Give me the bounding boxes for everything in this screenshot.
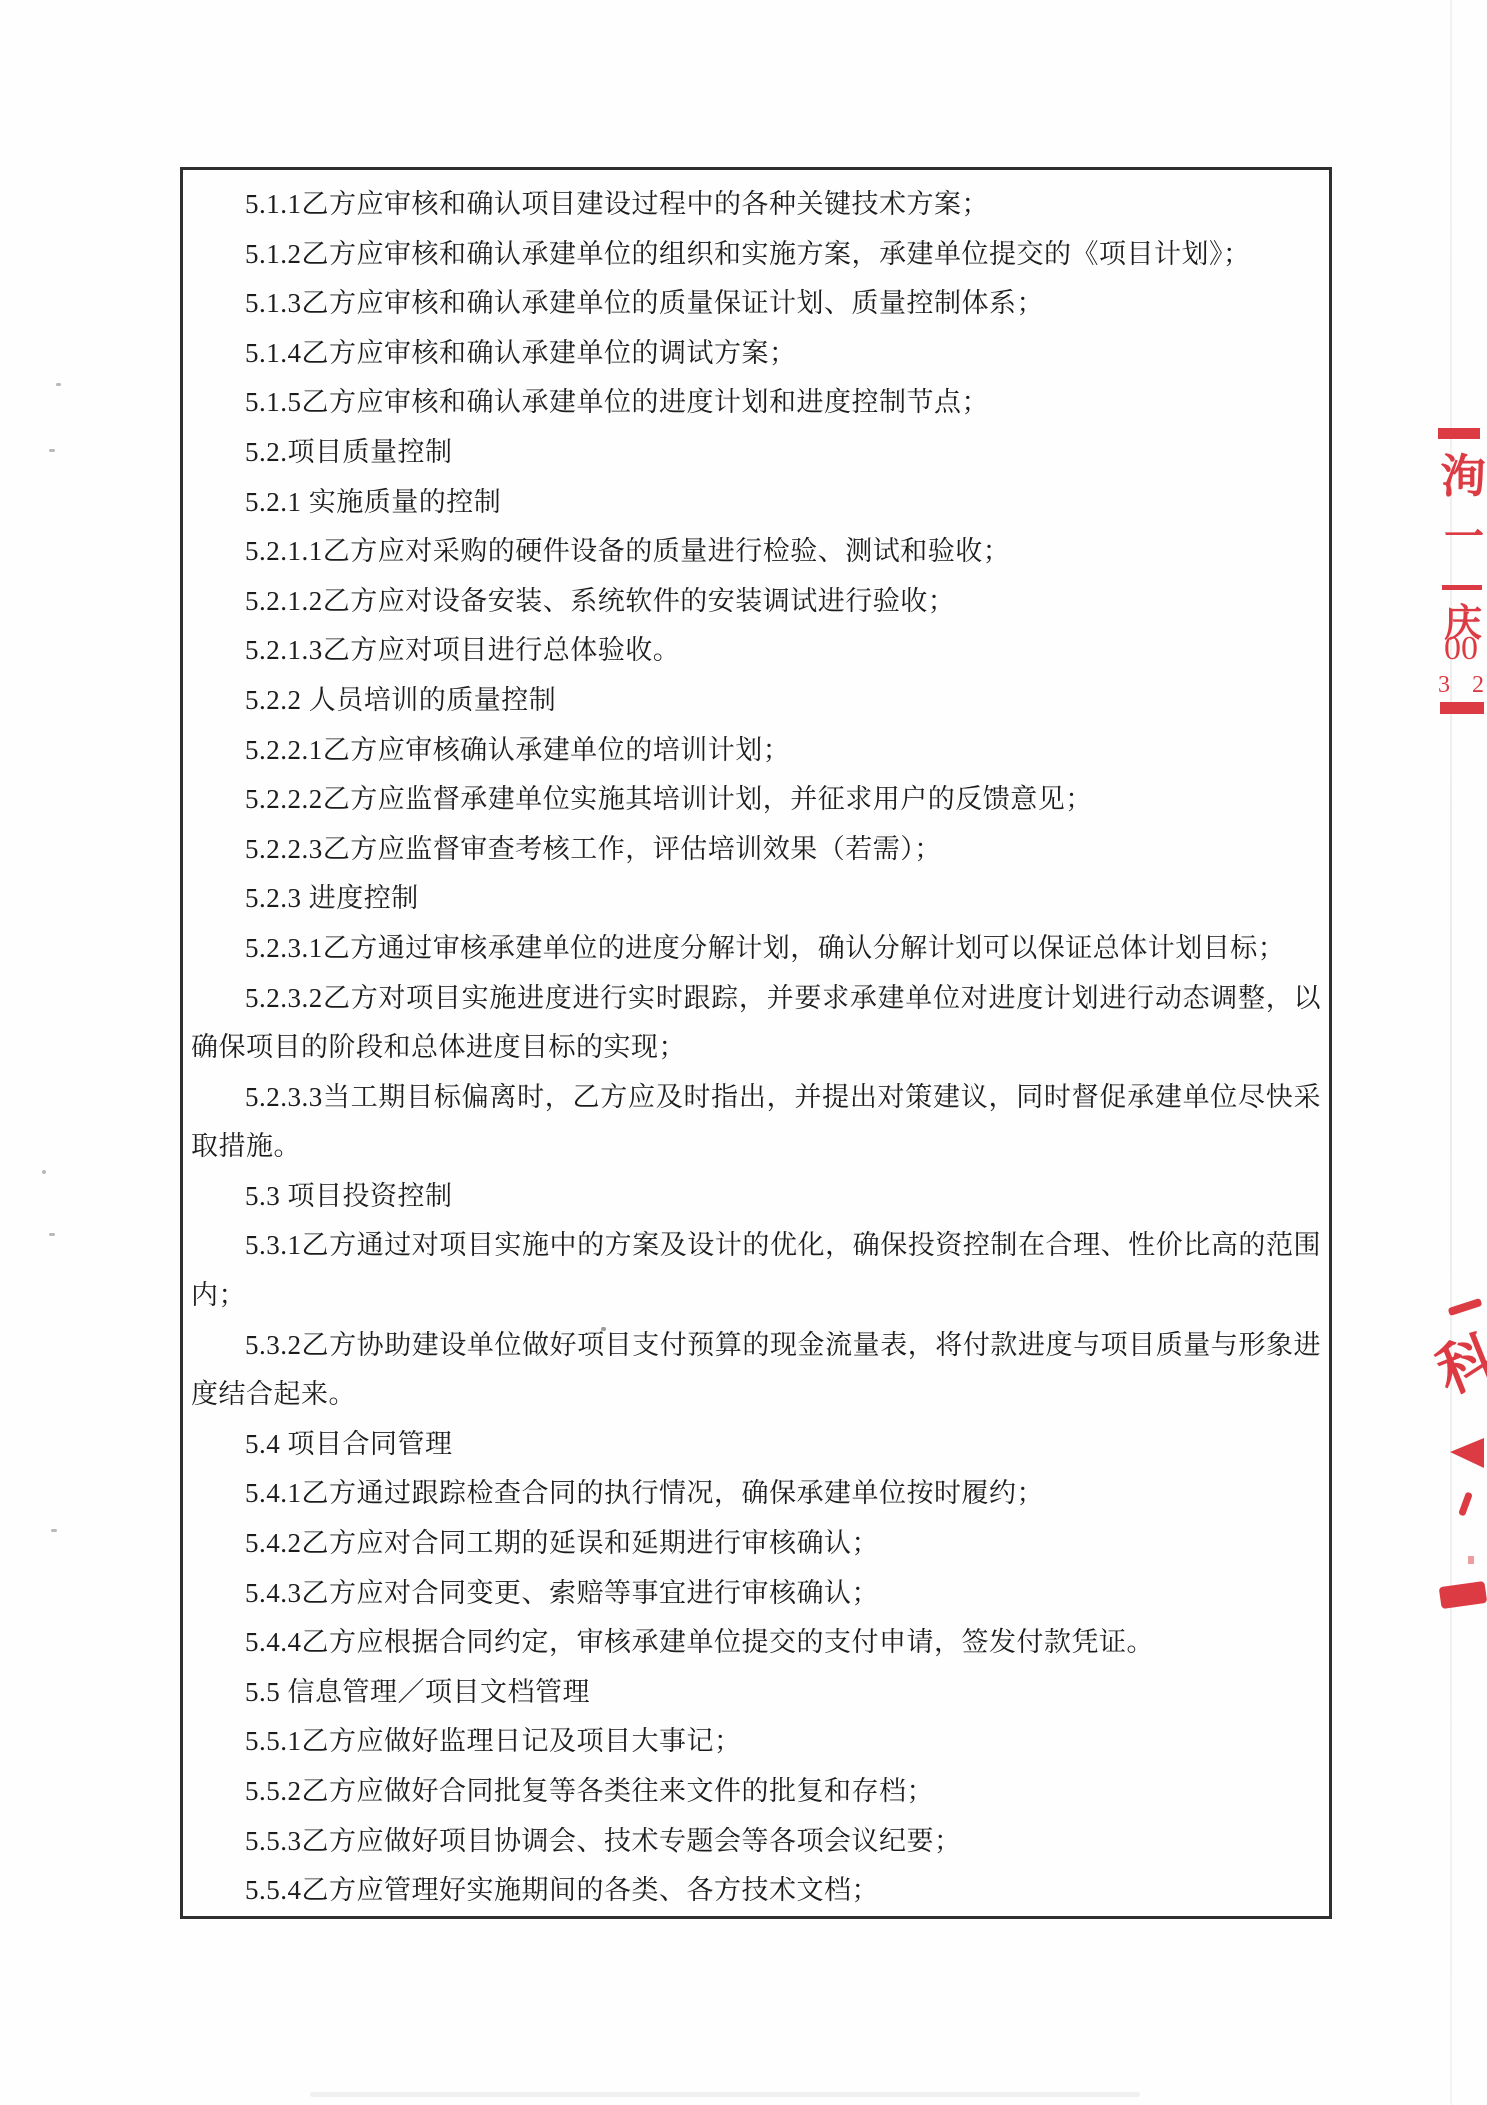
clause-5-2-3-2: 5.2.3.2乙方对项目实施进度进行实时跟踪，并要求承建单位对进度计划进行动态调…: [191, 974, 1321, 1073]
clause-5-5-1: 5.5.1乙方应做好监理日记及项目大事记；: [191, 1717, 1321, 1767]
clause-5-4-4: 5.4.4乙方应根据合同约定，审核承建单位提交的支付申请，签发付款凭证。: [191, 1618, 1321, 1668]
stamp-mark: [1442, 585, 1482, 590]
scan-speck: [49, 1233, 55, 1236]
clause-5-2-1-1: 5.2.1.1乙方应对采购的硬件设备的质量进行检验、测试和验收；: [191, 527, 1321, 577]
clause-5-2-3-1: 5.2.3.1乙方通过审核承建单位的进度分解计划，确认分解计划可以保证总体计划目…: [191, 924, 1321, 974]
heading-5-5: 5.5 信息管理／项目文档管理: [191, 1668, 1321, 1718]
stamp-character: 科: [1422, 1310, 1487, 1410]
contract-text-box: 5.1.1乙方应审核和确认项目建设过程中的各种关键技术方案； 5.1.2乙方应审…: [180, 167, 1332, 1919]
heading-5-3: 5.3 项目投资控制: [191, 1172, 1321, 1222]
stamp-mark: [1438, 428, 1480, 439]
clause-5-3-1: 5.3.1乙方通过对项目实施中的方案及设计的优化，确保投资控制在合理、性价比高的…: [191, 1221, 1321, 1320]
clause-5-1-2: 5.1.2乙方应审核和确认承建单位的组织和实施方案，承建单位提交的《项目计划》；: [191, 230, 1321, 280]
scan-speck: [601, 1327, 606, 1331]
stamp-mark: [1450, 1438, 1484, 1468]
scan-speck: [49, 449, 55, 452]
stamp-character: 00: [1444, 630, 1478, 668]
clause-5-3-2: 5.3.2乙方协助建设单位做好项目支付预算的现金流量表，将付款进度与项目质量与形…: [191, 1321, 1321, 1420]
clause-5-2-2-2: 5.2.2.2乙方应监督承建单位实施其培训计划，并征求用户的反馈意见；: [191, 775, 1321, 825]
scan-speck: [42, 1170, 46, 1174]
clause-5-2-2-1: 5.2.2.1乙方应审核确认承建单位的培训计划；: [191, 726, 1321, 776]
stamp-mark: [1439, 1581, 1487, 1609]
stamp-character: 3 2: [1438, 672, 1487, 699]
clause-5-2-2-3: 5.2.2.3乙方应监督审查考核工作，评估培训效果（若需）；: [191, 825, 1321, 875]
scan-smear: [310, 2092, 1140, 2097]
clause-5-4-3: 5.4.3乙方应对合同变更、索赔等事宜进行审核确认；: [191, 1569, 1321, 1619]
scan-speck: [56, 383, 61, 386]
clause-5-5-2: 5.5.2乙方应做好合同批复等各类往来文件的批复和存档；: [191, 1767, 1321, 1817]
clause-5-1-1: 5.1.1乙方应审核和确认项目建设过程中的各种关键技术方案；: [191, 180, 1321, 230]
heading-5-2-2: 5.2.2 人员培训的质量控制: [191, 676, 1321, 726]
clause-5-4-2: 5.4.2乙方应对合同工期的延误和延期进行审核确认；: [191, 1519, 1321, 1569]
heading-5-2-1: 5.2.1 实施质量的控制: [191, 478, 1321, 528]
clause-5-1-3: 5.1.3乙方应审核和确认承建单位的质量保证计划、质量控制体系；: [191, 279, 1321, 329]
heading-5-2-3: 5.2.3 进度控制: [191, 874, 1321, 924]
scan-fold-line: [1450, 0, 1452, 2105]
clause-5-2-1-2: 5.2.1.2乙方应对设备安装、系统软件的安装调试进行验收；: [191, 577, 1321, 627]
clause-5-2-3-3: 5.2.3.3当工期目标偏离时，乙方应及时指出，并提出对策建议，同时督促承建单位…: [191, 1073, 1321, 1172]
clause-5-1-4: 5.1.4乙方应审核和确认承建单位的调试方案；: [191, 329, 1321, 379]
stamp-character: 一: [1444, 505, 1484, 562]
clause-5-2-1-3: 5.2.1.3乙方应对项目进行总体验收。: [191, 626, 1321, 676]
heading-5-4: 5.4 项目合同管理: [191, 1420, 1321, 1470]
stamp-mark: [1440, 702, 1484, 714]
scan-speck: [51, 1529, 57, 1532]
stamp-mark: [1468, 1556, 1474, 1564]
clause-5-4-1: 5.4.1乙方通过跟踪检查合同的执行情况，确保承建单位按时履约；: [191, 1469, 1321, 1519]
clause-5-5-3: 5.5.3乙方应做好项目协调会、技术专题会等各项会议纪要；: [191, 1817, 1321, 1867]
clause-5-5-4: 5.5.4乙方应管理好实施期间的各类、各方技术文档；: [191, 1866, 1321, 1916]
stamp-character: 洵: [1440, 440, 1486, 506]
clause-5-1-5: 5.1.5乙方应审核和确认承建单位的进度计划和进度控制节点；: [191, 378, 1321, 428]
clause-5-5-5: 5.5.5乙方应做好项目周报；: [191, 1916, 1321, 1919]
stamp-mark: [1458, 1492, 1473, 1517]
heading-5-2: 5.2.项目质量控制: [191, 428, 1321, 478]
